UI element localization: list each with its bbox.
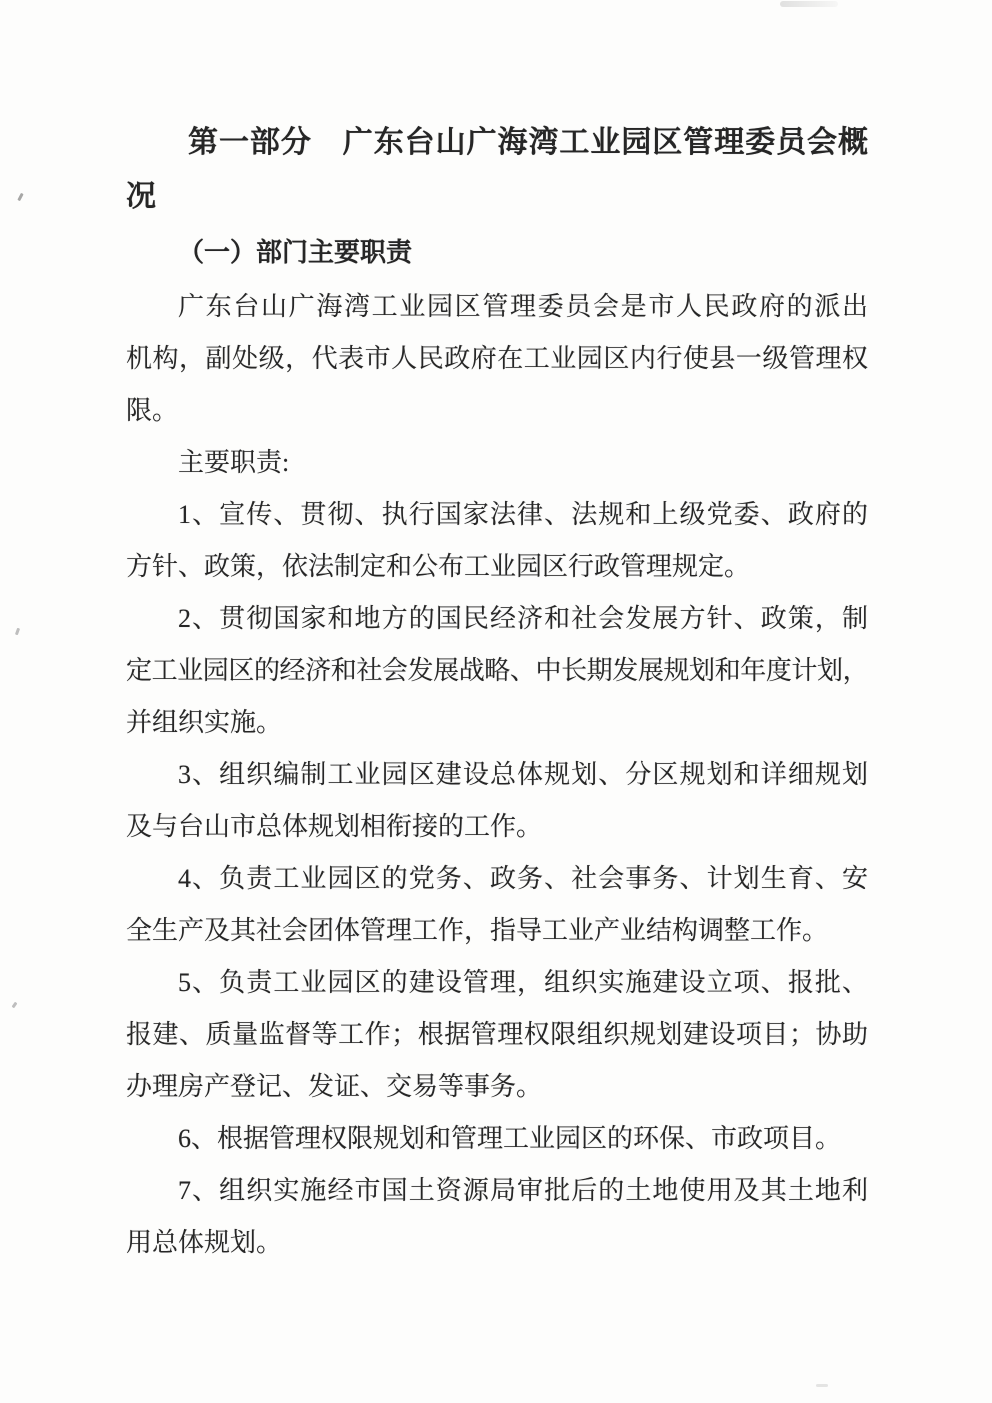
duty-5-line-1: 5、负责工业园区的建设管理，组织实施建设立项、报批、: [126, 957, 868, 1009]
duty-2-line-1: 2、贯彻国家和地方的国民经济和社会发展方针、政策，制: [126, 593, 868, 645]
part-title-line-1: 第一部分 广东台山广海湾工业园区管理委员会概: [126, 116, 868, 170]
duty-3-line-2: 及与台山市总体规划相衔接的工作。: [126, 801, 868, 853]
scan-smudge: [816, 1384, 828, 1387]
duty-2-line-3: 并组织实施。: [126, 697, 868, 749]
intro-line-2: 机构，副处级，代表市人民政府在工业园区内行使县一级管理权: [126, 333, 868, 385]
document-content: 第一部分 广东台山广海湾工业园区管理委员会概 况 （一）部门主要职责 广东台山广…: [126, 116, 868, 1269]
scan-speck: [15, 628, 20, 636]
duty-5-line-2: 报建、质量监督等工作；根据管理权限组织规划建设项目；协助: [126, 1009, 868, 1061]
section-heading: （一）部门主要职责: [126, 224, 868, 281]
intro-line-1: 广东台山广海湾工业园区管理委员会是市人民政府的派出: [126, 281, 868, 333]
duty-2-line-2: 定工业园区的经济和社会发展战略、中长期发展规划和年度计划，: [126, 645, 868, 697]
scanned-document-page: 第一部分 广东台山广海湾工业园区管理委员会概 况 （一）部门主要职责 广东台山广…: [0, 0, 992, 1403]
scan-speck: [12, 1002, 18, 1009]
duty-1-line-2: 方针、政策，依法制定和公布工业园区行政管理规定。: [126, 541, 868, 593]
duty-1-line-1: 1、宣传、贯彻、执行国家法律、法规和上级党委、政府的: [126, 489, 868, 541]
duty-5-line-3: 办理房产登记、发证、交易等事务。: [126, 1061, 868, 1113]
duty-4-line-1: 4、负责工业园区的党务、政务、社会事务、计划生育、安: [126, 853, 868, 905]
duties-label: 主要职责:: [126, 437, 868, 489]
duty-3-line-1: 3、组织编制工业园区建设总体规划、分区规划和详细规划: [126, 749, 868, 801]
duty-7-line-1: 7、组织实施经市国土资源局审批后的土地使用及其土地利: [126, 1165, 868, 1217]
scan-speck: [17, 193, 23, 201]
part-title-line-2: 况: [126, 170, 868, 224]
duty-6-line-1: 6、根据管理权限规划和管理工业园区的环保、市政项目。: [126, 1113, 868, 1165]
duty-4-line-2: 全生产及其社会团体管理工作，指导工业产业结构调整工作。: [126, 905, 868, 957]
scan-smudge: [780, 1, 838, 7]
intro-line-3: 限。: [126, 385, 868, 437]
duty-7-line-2: 用总体规划。: [126, 1217, 868, 1269]
